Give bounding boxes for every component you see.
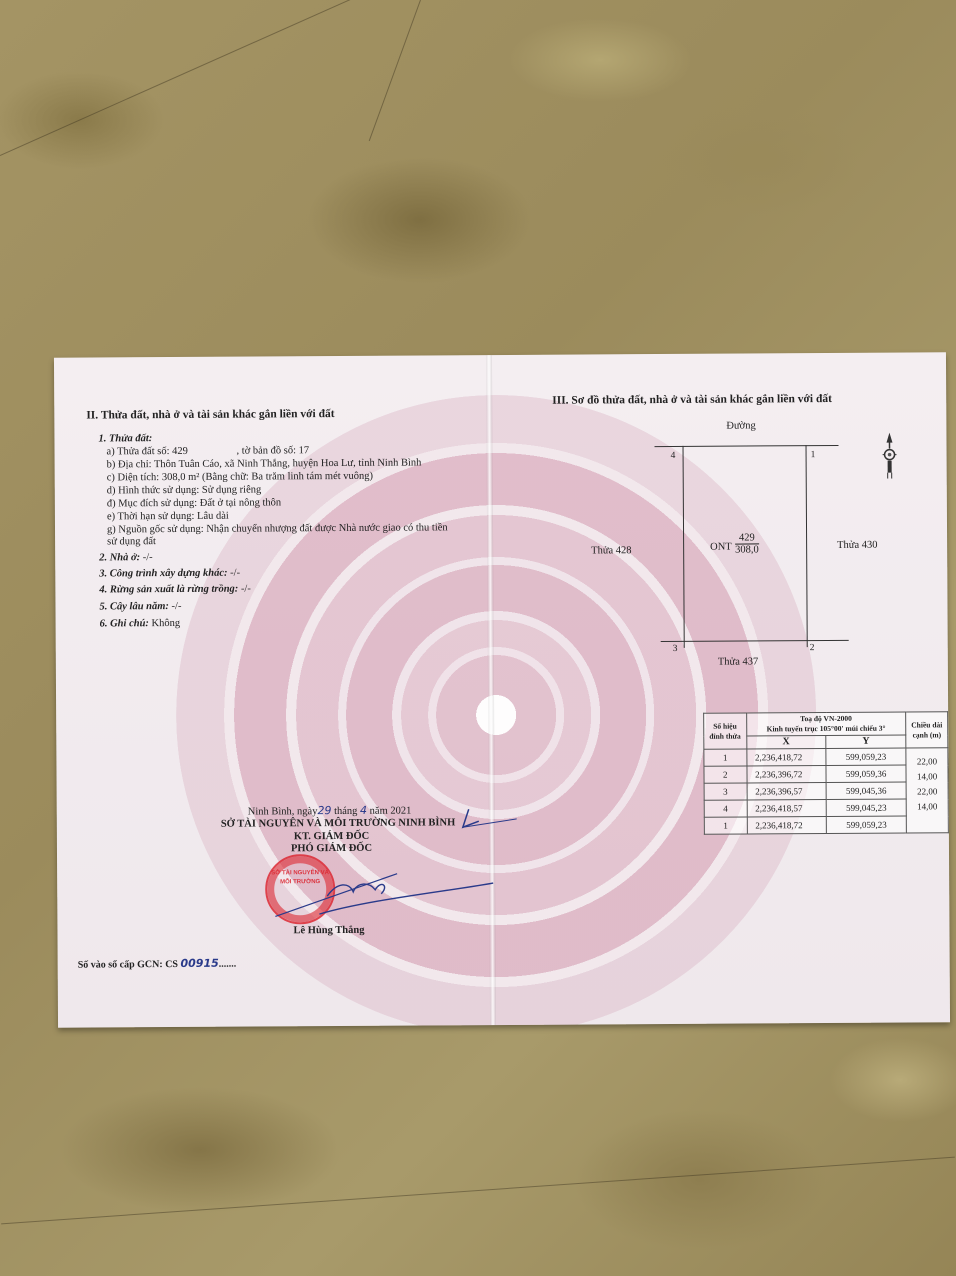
parcel-number: a) Thửa đất số: 429 [106,445,187,458]
parcel-boundary-left [683,446,685,648]
floor-tile-seam [1,1157,955,1225]
parcel-fraction: 429 308,0 [735,532,759,555]
section-ii-title: II. Thửa đất, nhà ở và tài sản khác gắn … [86,408,334,423]
y-cell: 599,059,23 [826,816,906,833]
address: b) Địa chỉ: Thôn Tuân Cáo, xã Ninh Thắng… [107,456,422,471]
vertex-1: 1 [811,450,816,460]
coordinate-table: Số hiệu đỉnh thửa Toạ độ VN-2000 Kinh tu… [703,711,949,834]
y-cell: 599,059,23 [826,748,906,765]
item-perennial-trees: 5. Cây lâu năm: -/- [99,600,181,614]
vertex-cell: 3 [704,783,747,800]
table-row: 12,236,418,72599,059,2322,0014,0022,0014… [704,748,948,766]
edge-length: 22,00 [910,784,945,799]
vertex-cell: 1 [704,817,747,834]
neighbor-bottom: Thửa 437 [718,655,758,668]
vertex-2: 2 [810,643,815,653]
vertex-cell: 4 [704,800,747,817]
col-coord-system: Toạ độ VN-2000 Kinh tuyến trục 105°00' m… [746,712,906,736]
signature-scribble-icon [257,795,518,937]
y-cell: 599,045,36 [826,782,906,799]
y-cell: 599,059,36 [826,765,906,782]
y-cell: 599,045,23 [826,799,906,816]
usage-origin-cont: sử dụng đất [107,535,156,548]
col-vertex: Số hiệu đỉnh thửa [704,713,747,749]
x-cell: 2,236,396,72 [747,766,827,783]
col-edge-length: Chiều dài cạnh (m) [906,712,948,748]
item-other-construction: 3. Công trình xây dựng khác: -/- [99,567,240,581]
edge-length: 14,00 [910,799,945,814]
usage-origin: g) Nguồn gốc sử dụng: Nhận chuyển nhượng… [107,521,448,536]
item-house: 2. Nhà ở: -/- [99,551,153,564]
vertex-cell: 1 [704,749,747,766]
vertex-cell: 2 [704,766,747,783]
x-cell: 2,236,418,72 [746,749,826,766]
edge-lengths-cell: 22,0014,0022,0014,00 [906,748,948,833]
area: c) Diện tích: 308,0 m² (Bằng chữ: Ba tră… [107,470,373,485]
parcel-land-type: ONT [710,541,732,554]
vertex-4: 4 [671,451,676,461]
vertex-3: 3 [673,644,678,654]
parcel-boundary-bottom [661,640,849,642]
parcel-boundary-right [806,445,808,647]
item-notes: 6. Ghi chú: Không [100,617,181,630]
x-cell: 2,236,418,72 [747,817,827,834]
x-cell: 2,236,396,57 [747,783,827,800]
usage-purpose: đ) Mục đích sử dụng: Đất ở tại nông thôn [107,496,281,510]
neighbor-right: Thửa 430 [837,539,877,552]
land-heading: 1. Thửa đất: [98,432,152,445]
north-arrow-icon [882,433,896,479]
neighbor-left: Thửa 428 [591,544,631,557]
item-forest: 4. Rừng sản xuất là rừng trồng: -/- [99,583,251,597]
section-iii-title: III. Sơ đồ thửa đất, nhà ở và tài sản kh… [552,393,832,408]
edge-length: 22,00 [910,754,945,769]
col-x: X [746,736,826,749]
registry-number: Số vào sổ cấp GCN: CS 00915....... [78,957,237,972]
x-cell: 2,236,418,57 [747,800,827,817]
col-y: Y [826,735,906,748]
usage-form: d) Hình thức sử dụng: Sử dụng riêng [107,483,262,497]
usage-term: e) Thời hạn sử dụng: Lâu dài [107,510,229,524]
road-label: Đường [726,419,755,432]
land-certificate-page: II. Thửa đất, nhà ở và tài sản khác gắn … [54,352,950,1027]
edge-length: 14,00 [910,769,945,784]
floor-tile-seam [369,0,421,141]
floor-tile-seam [0,0,384,156]
map-sheet-number: , tờ bản đồ số: 17 [236,444,309,457]
signer-name: Lê Hùng Thắng [293,924,364,937]
